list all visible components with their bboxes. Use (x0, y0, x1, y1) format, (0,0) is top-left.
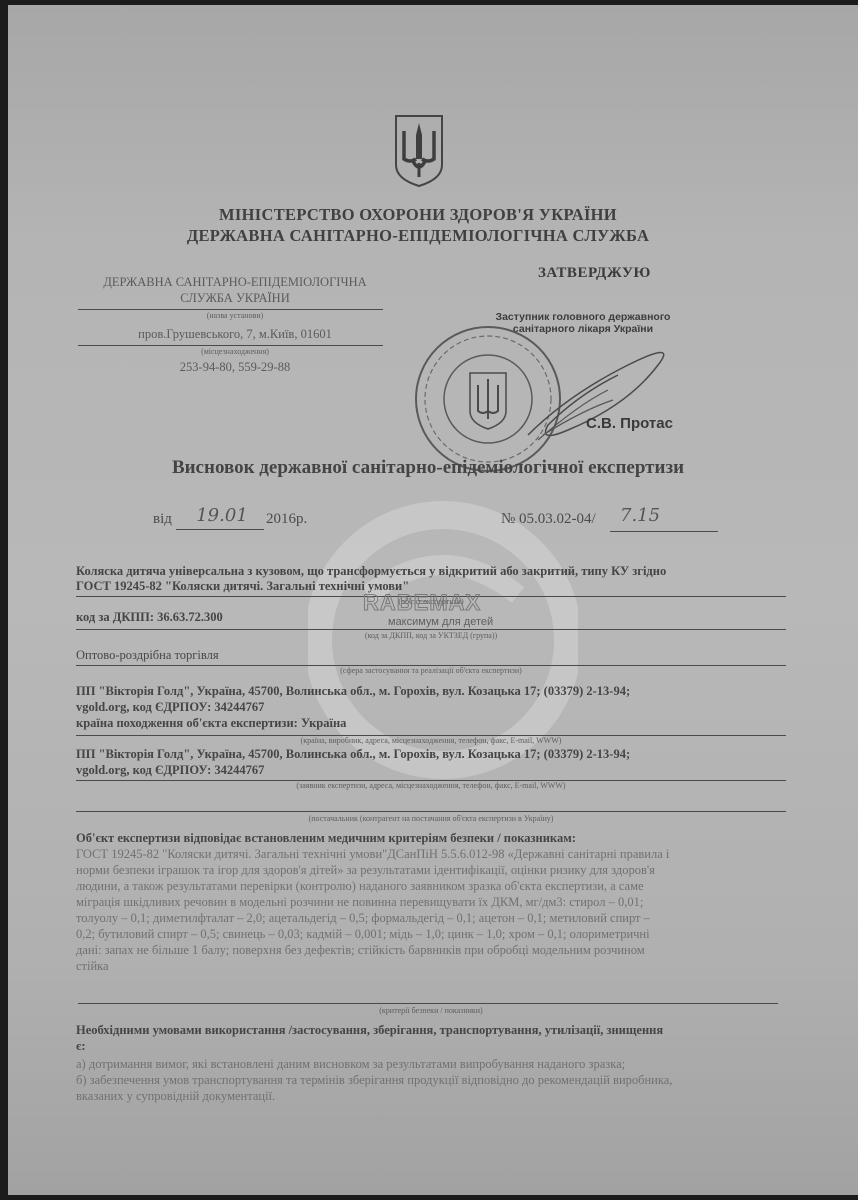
object-scope: Оптово-роздрібна торгівля (76, 648, 219, 664)
criteria-line: людини, а також результатами перевірки (… (76, 879, 644, 895)
divider (76, 629, 786, 630)
applicant-caption: (заявник експертизи, адреса, місцезнаход… (76, 781, 786, 790)
service-heading: ДЕРЖАВНА САНІТАРНО-ЕПІДЕМІОЛОГІЧНА СЛУЖБ… (158, 226, 678, 246)
issuer-address: пров.Грушевського, 7, м.Київ, 01601 (70, 327, 400, 342)
origin-country: країна походження об'єкта експертизи: Ук… (76, 716, 346, 732)
signature-icon (508, 335, 688, 455)
object-code: код за ДКПП: 36.63.72.300 (76, 610, 223, 626)
applicant-line1: ПП "Вікторія Голд", Україна, 45700, Воли… (76, 747, 630, 763)
issuer-address-caption: (місцезнаходження) (70, 347, 400, 356)
date-handwritten: 19.01 (183, 505, 261, 526)
divider (76, 811, 786, 812)
divider (78, 309, 383, 310)
applicant-line2: vgold.org, код ЄДРПОУ: 34244767 (76, 763, 264, 779)
object-description-line1: Коляска дитяча універсальна з кузовом, щ… (76, 564, 666, 580)
criteria-caption: (критерії безпеки / показники) (76, 1006, 786, 1015)
criteria-line: толуолу – 0,1; диметилфталат – 2,0; ацет… (76, 911, 650, 927)
criteria-line: ГОСТ 19245-82 "Коляски дитячі. Загальні … (76, 847, 669, 863)
criteria-line: 0,2; бутиловий спирт – 0,5; свинець – 0,… (76, 927, 650, 943)
number-handwritten: 7.15 (620, 505, 680, 526)
criteria-line: норми безпеки іграшок та ігор для здоров… (76, 863, 655, 879)
manufacturer-line1: ПП "Вікторія Голд", Україна, 45700, Воли… (76, 684, 630, 700)
watermark-brand: RABEMAX (363, 590, 481, 616)
watermark-slogan: максимум для детей (388, 616, 493, 628)
criteria-line: стійка (76, 959, 109, 975)
criteria-line: дані: запах не більше 1 балу; поверхня б… (76, 943, 645, 959)
object-code-caption: (код за ДКПП, код за УКТЗЕД (група)) (76, 631, 786, 640)
condition-item: вказаних у супровідній документації. (76, 1089, 275, 1105)
issuer-name-line2: СЛУЖБА УКРАЇНИ (70, 291, 400, 306)
criteria-heading: Об'єкт експертизи відповідає встановлени… (76, 831, 576, 847)
manufacturer-line2: vgold.org, код ЄДРПОУ: 34244767 (76, 700, 264, 716)
date-prefix: від (153, 511, 172, 528)
condition-item: а) дотримання вимог, які встановлені дан… (76, 1057, 625, 1073)
document-page: МІНІСТЕРСТВО ОХОРОНИ ЗДОРОВ'Я УКРАЇНИ ДЕ… (8, 5, 858, 1195)
approval-label: ЗАТВЕРДЖУЮ (538, 265, 651, 282)
approval-position-line1: Заступник головного державного (478, 311, 688, 323)
issuer-name-line1: ДЕРЖАВНА САНІТАРНО-ЕПІДЕМІОЛОГІЧНА (70, 275, 400, 290)
divider (78, 1003, 778, 1004)
document-title: Висновок державної санітарно-епідеміолог… (128, 457, 728, 479)
conditions-heading-tail: є: (76, 1039, 86, 1055)
conditions-heading: Необхідними умовами використання /застос… (76, 1023, 663, 1039)
manufacturer-caption: (країна, виробник, адреса, місцезнаходже… (76, 736, 786, 745)
number-underline (610, 531, 718, 532)
signer-name: С.В. Протас (586, 415, 673, 432)
condition-item: б) забезпечення умов транспортування та … (76, 1073, 672, 1089)
divider (78, 345, 383, 346)
criteria-line: міграція шкідливих речовин в модельні ро… (76, 895, 643, 911)
object-scope-caption: (сфера застосування та реалізації об'єкт… (76, 666, 786, 675)
issuer-phones: 253-94-80, 559-29-88 (70, 360, 400, 375)
date-underline (176, 529, 264, 530)
importer-caption: (постачальник (контрагент на постачання … (76, 814, 786, 823)
number-prefix: № 05.03.02-04/ (501, 511, 596, 528)
ministry-heading: МІНІСТЕРСТВО ОХОРОНИ ЗДОРОВ'Я УКРАЇНИ (158, 205, 678, 225)
date-suffix: 2016р. (266, 511, 307, 528)
issuer-name-caption: (назва установи) (70, 311, 400, 320)
trident-emblem-icon (392, 113, 446, 189)
object-description-line2: ГОСТ 19245-82 "Коляски дитячі. Загальні … (76, 579, 409, 595)
